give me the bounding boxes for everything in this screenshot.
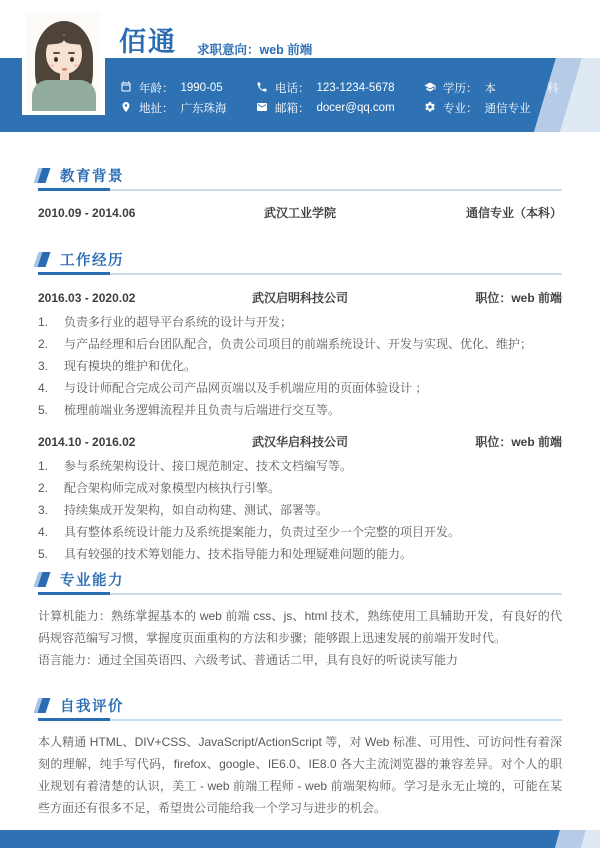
list-item: 1.参与系统架构设计、接口规范制定、技术文档编写等。 <box>38 455 562 477</box>
avatar-sweater <box>32 80 96 111</box>
skills-paragraphs: 计算机能力：熟练掌握基本的 web 前端 css、js、html 技术，熟练使用… <box>38 605 562 671</box>
item-number: 2. <box>38 477 64 499</box>
info-major: 专业：通信专业 <box>424 100 531 116</box>
info-address-label: 地扯： <box>139 100 174 116</box>
list-item: 4.具有整体系统设计能力及系统提案能力，负责过至少一个完整的项目开发。 <box>38 521 562 543</box>
skills-computer: 计算机能力：熟练掌握基本的 web 前端 css、js、html 技术，熟练使用… <box>38 605 562 649</box>
evaluation-paragraph: 本人精通 HTML、DIV+CSS、JavaScript/ActionScrip… <box>38 731 562 819</box>
list-item: 5.具有较强的技术筹划能力、技术指导能力和处理疑难问题的能力。 <box>38 543 562 565</box>
evaluation-heading: 自我评价 <box>38 696 562 714</box>
info-phone-value: 123-1234-5678 <box>317 82 395 94</box>
job-header: 2016.03 - 2020.02 武汉启明科技公司 职位：web 前端 <box>38 289 562 306</box>
section-education: 教育背景 2010.09 - 2014.06 武汉工业学院 通信专业（本科） <box>38 166 562 221</box>
avatar-eye-left <box>54 57 58 62</box>
avatar-blush-right <box>73 64 79 67</box>
job-company: 武汉启明科技公司 <box>208 289 392 306</box>
degree-char-first: 本 <box>485 80 497 96</box>
resume-page: 佰通 求职意向：web 前端 年龄：1990-05 电话：123-1234-56… <box>0 0 600 848</box>
skills-language: 语言能力：通过全国英语四、六级考试、普通话二甲，具有良好的听说读写能力 <box>38 649 562 671</box>
job-block-2: 2014.10 - 2016.02 武汉华启科技公司 职位：web 前端 1.参… <box>38 433 562 565</box>
section-bullet-icon <box>38 572 49 587</box>
item-number: 1. <box>38 311 64 333</box>
item-text: 与设计师配合完成公司产品网页端以及手机端应用的页面体验设计 ； <box>64 377 562 399</box>
item-number: 3. <box>38 499 64 521</box>
item-text: 参与系统架构设计、接口规范制定、技术文档编写等。 <box>64 455 562 477</box>
section-rule <box>38 272 562 275</box>
item-text: 配合架构师完成对象模型内核执行引擎。 <box>64 477 562 499</box>
info-address: 地扯：广东珠海 <box>120 100 256 116</box>
item-text: 具有较强的技术筹划能力、技术指导能力和处理疑难问题的能力。 <box>64 543 562 565</box>
work-title: 工作经历 <box>60 249 124 270</box>
avatar-blush-left <box>49 64 55 67</box>
job-position: 职位：web 前端 <box>392 289 562 306</box>
item-number: 1. <box>38 455 64 477</box>
education-major: 通信专业（本科） <box>392 204 562 221</box>
evaluation-text: 本人精通 HTML、DIV+CSS、JavaScript/ActionScrip… <box>38 731 562 819</box>
education-period: 2010.09 - 2014.06 <box>38 206 208 220</box>
footer-band <box>0 830 600 848</box>
contact-info-row-2: 地扯：广东珠海 邮箱：docer@qq.com 专业：通信专业 <box>120 100 531 116</box>
calendar-icon <box>120 81 132 96</box>
evaluation-title: 自我评价 <box>60 695 124 716</box>
section-bullet-icon <box>38 168 49 183</box>
info-degree-value: 本科 <box>485 80 559 96</box>
education-school: 武汉工业学院 <box>208 204 392 221</box>
skills-title: 专业能力 <box>60 569 124 590</box>
list-item: 1.负责多行业的超导平台系统的设计与开发； <box>38 311 562 333</box>
section-bullet-icon <box>38 698 49 713</box>
item-text: 具有整体系统设计能力及系统提案能力，负责过至少一个完整的项目开发。 <box>64 521 562 543</box>
avatar-brow-right <box>68 52 75 54</box>
mail-icon <box>256 101 268 116</box>
info-phone-label: 电话： <box>275 80 310 96</box>
job-period: 2016.03 - 2020.02 <box>38 291 208 305</box>
info-age-value: 1990-05 <box>181 82 223 94</box>
avatar-eye-right <box>70 57 74 62</box>
job-duties-list: 1.参与系统架构设计、接口规范制定、技术文档编写等。 2.配合架构师完成对象模型… <box>38 455 562 565</box>
info-degree: 学历： 本科 <box>424 80 559 96</box>
candidate-name: 佰通 <box>119 20 177 59</box>
item-text: 持续集成开发架构，如自动构建、测试、部署等。 <box>64 499 562 521</box>
list-item: 3.持续集成开发架构，如自动构建、测试、部署等。 <box>38 499 562 521</box>
job-position: 职位：web 前端 <box>392 433 562 450</box>
education-heading: 教育背景 <box>38 166 562 184</box>
section-evaluation: 自我评价 本人精通 HTML、DIV+CSS、JavaScript/Action… <box>38 696 562 819</box>
item-number: 5. <box>38 399 64 421</box>
section-work: 工作经历 2016.03 - 2020.02 武汉启明科技公司 职位：web 前… <box>38 250 562 565</box>
item-number: 5. <box>38 543 64 565</box>
gear-icon <box>424 101 436 116</box>
section-rule <box>38 718 562 721</box>
education-row: 2010.09 - 2014.06 武汉工业学院 通信专业（本科） <box>38 204 562 221</box>
info-email-value: docer@qq.com <box>317 102 395 114</box>
item-number: 3. <box>38 355 64 377</box>
job-company: 武汉华启科技公司 <box>208 433 392 450</box>
item-number: 4. <box>38 377 64 399</box>
info-age: 年龄：1990-05 <box>120 80 256 96</box>
skills-heading: 专业能力 <box>38 570 562 588</box>
avatar <box>26 12 101 111</box>
location-icon <box>120 101 132 116</box>
list-item: 2.与产品经理和后台团队配合，负责公司项目的前端系统设计、开发与实现、优化、维护… <box>38 333 562 355</box>
job-period: 2014.10 - 2016.02 <box>38 435 208 449</box>
info-phone: 电话：123-1234-5678 <box>256 80 424 96</box>
info-address-value: 广东珠海 <box>181 100 227 116</box>
contact-info-row-1: 年龄：1990-05 电话：123-1234-5678 学历： 本科 <box>120 80 559 96</box>
info-major-label: 专业： <box>443 100 478 116</box>
item-text: 与产品经理和后台团队配合，负责公司项目的前端系统设计、开发与实现、优化、维护； <box>64 333 562 355</box>
graduation-cap-icon <box>424 81 436 96</box>
footer-band-blue <box>0 830 600 848</box>
job-intent: 求职意向：web 前端 <box>197 40 312 58</box>
avatar-brow-left <box>53 52 60 54</box>
avatar-mouth <box>62 68 67 71</box>
list-item: 3.现有模块的维护和优化。 <box>38 355 562 377</box>
education-title: 教育背景 <box>60 165 124 186</box>
item-number: 4. <box>38 521 64 543</box>
item-text: 现有模块的维护和优化。 <box>64 355 562 377</box>
info-email-label: 邮箱： <box>275 100 310 116</box>
section-skills: 专业能力 计算机能力：熟练掌握基本的 web 前端 css、js、html 技术… <box>38 570 562 671</box>
work-heading: 工作经历 <box>38 250 562 268</box>
item-number: 2. <box>38 333 64 355</box>
item-text: 负责多行业的超导平台系统的设计与开发； <box>64 311 562 333</box>
list-item: 2.配合架构师完成对象模型内核执行引擎。 <box>38 477 562 499</box>
section-rule <box>38 188 562 191</box>
degree-char-last: 科 <box>547 80 559 96</box>
list-item: 4.与设计师配合完成公司产品网页端以及手机端应用的页面体验设计 ； <box>38 377 562 399</box>
phone-icon <box>256 81 268 96</box>
job-duties-list: 1.负责多行业的超导平台系统的设计与开发； 2.与产品经理和后台团队配合，负责公… <box>38 311 562 421</box>
info-email: 邮箱：docer@qq.com <box>256 100 424 116</box>
section-bullet-icon <box>38 252 49 267</box>
item-text: 梳理前端业务逻辑流程并且负责与后端进行交互等。 <box>64 399 562 421</box>
info-degree-label: 学历： <box>443 80 478 96</box>
section-rule <box>38 592 562 595</box>
info-age-label: 年龄： <box>139 80 174 96</box>
list-item: 5.梳理前端业务逻辑流程并且负责与后端进行交互等。 <box>38 399 562 421</box>
photo-card <box>22 8 105 115</box>
info-major-value: 通信专业 <box>485 100 531 116</box>
job-block-1: 2016.03 - 2020.02 武汉启明科技公司 职位：web 前端 1.负… <box>38 289 562 421</box>
job-header: 2014.10 - 2016.02 武汉华启科技公司 职位：web 前端 <box>38 433 562 450</box>
